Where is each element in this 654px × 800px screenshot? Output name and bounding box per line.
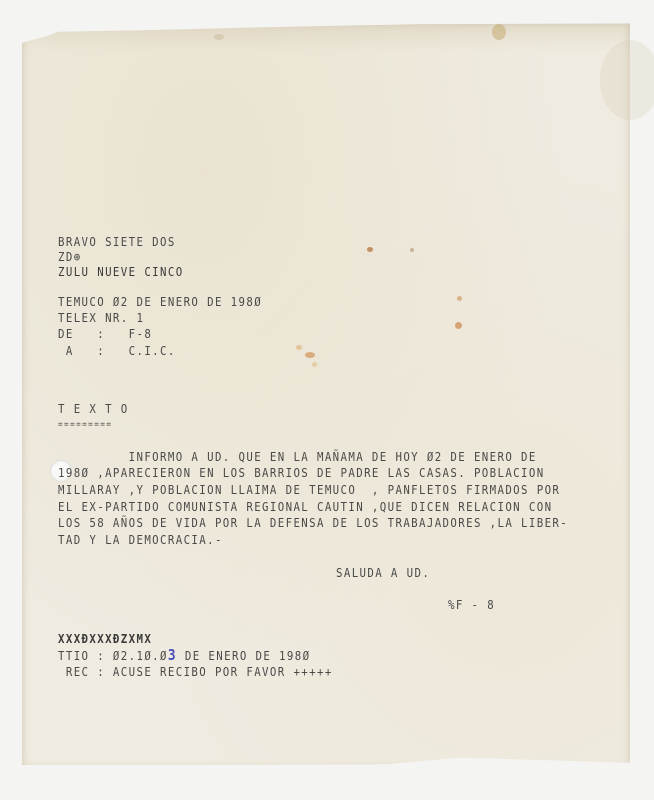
body-line: 198Ø ,APARECIERON EN LOS BARRIOS DE PADR… <box>58 467 545 480</box>
stain <box>305 352 315 358</box>
stain <box>455 322 462 329</box>
stain <box>492 24 506 40</box>
body-line: EL EX-PARTIDO COMUNISTA REGIONAL CAUTIN … <box>58 501 552 514</box>
handwritten-correction: 3 <box>168 646 177 664</box>
stain <box>457 296 462 301</box>
signature-block: %F - 8 <box>448 599 464 624</box>
ttio-line: TTIO : Ø2.1Ø.Ø3 DE ENERO DE 198Ø <box>58 649 310 663</box>
closing-block: SALUDA A UD. <box>336 567 352 592</box>
stain <box>214 34 224 40</box>
header-line-3: ZULU NUEVE CINCO <box>58 266 184 279</box>
stain <box>312 362 317 367</box>
ttio-suffix: DE ENERO DE 198Ø <box>177 648 310 663</box>
footer-block: XXXĐXXXĐZXMX TTIO : Ø2.1Ø.Ø3 DE ENERO DE… <box>58 633 74 683</box>
header-line-1: BRAVO SIETE DOS <box>58 236 176 249</box>
body-line: LOS 58 AÑOS DE VIDA POR LA DEFENSA DE LO… <box>58 517 568 530</box>
header-line-2: ZD⊕ <box>58 251 82 264</box>
stain <box>600 40 654 120</box>
stain <box>367 247 373 252</box>
stain <box>410 248 414 252</box>
footer-code: XXXĐXXXĐZXMX <box>58 633 152 646</box>
to-line: A : C.I.C. <box>58 345 176 358</box>
paper-edge-shading <box>22 22 630 52</box>
telex-text: BRAVO SIETE DOS ZD⊕ ZULU NUEVE CINCO TEM… <box>58 0 74 238</box>
ttio-prefix: TTIO : Ø2.1Ø.Ø <box>58 648 168 663</box>
telex-number: TELEX NR. 1 <box>58 312 144 325</box>
body-line: MILLARAY ,Y POBLACION LLAIMA DE TEMUCO ,… <box>58 484 560 497</box>
body-line: INFORMO A UD. QUE EN LA MAÑAMA DE HOY Ø2… <box>58 451 537 464</box>
closing-text: SALUDA A UD. <box>336 567 430 580</box>
section-title: T E X T O <box>58 403 129 416</box>
signature: %F - 8 <box>448 599 495 612</box>
body-line: TAD Y LA DEMOCRACIA.- <box>58 534 223 547</box>
section-rule: ========= <box>58 419 112 432</box>
from-line: DE : F-8 <box>58 328 152 341</box>
stain <box>296 345 302 350</box>
place-date: TEMUCO Ø2 DE ENERO DE 198Ø <box>58 296 262 309</box>
receipt-line: REC : ACUSE RECIBO POR FAVOR +++++ <box>58 666 333 679</box>
